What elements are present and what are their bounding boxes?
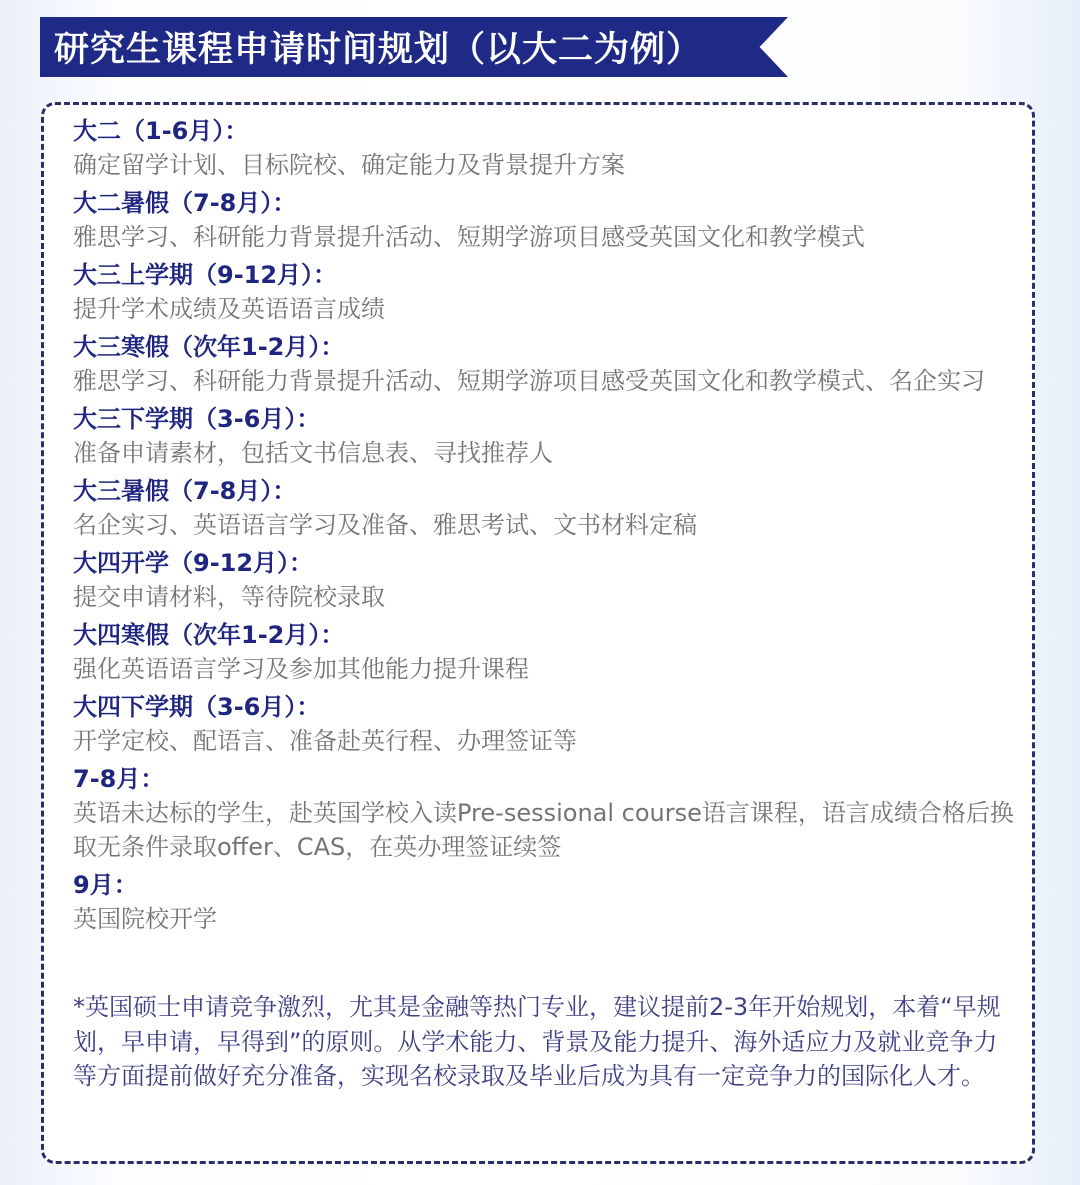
timeline-description: 提交申请材料，等待院校录取 — [73, 580, 1018, 614]
timeline-item: 大三寒假（次年1-2月）： 雅思学习、科研能力背景提升活动、短期学游项目感受英国… — [73, 330, 1018, 398]
timeline-item: 9月： 英国院校开学 — [73, 868, 1018, 936]
timeline-heading: 大四开学（9-12月）： — [73, 546, 1018, 580]
timeline-item: 大二暑假（7-8月）： 雅思学习、科研能力背景提升活动、短期学游项目感受英国文化… — [73, 186, 1018, 254]
timeline-description: 雅思学习、科研能力背景提升活动、短期学游项目感受英国文化和教学模式、名企实习 — [73, 364, 1018, 398]
timeline-heading: 9月： — [73, 868, 1018, 902]
timeline-item: 大四寒假（次年1-2月）： 强化英语语言学习及参加其他能力提升课程 — [73, 618, 1018, 686]
timeline-item: 大三上学期（9-12月）： 提升学术成绩及英语语言成绩 — [73, 258, 1018, 326]
timeline-heading: 大二（1-6月）： — [73, 114, 1018, 148]
timeline-description: 准备申请素材，包括文书信息表、寻找推荐人 — [73, 436, 1018, 470]
timeline-heading: 大三暑假（7-8月）： — [73, 474, 1018, 508]
timeline-item: 大二（1-6月）： 确定留学计划、目标院校、确定能力及背景提升方案 — [73, 114, 1018, 182]
timeline-item: 7-8月： 英语未达标的学生，赴英国学校入读Pre-sessional cour… — [73, 762, 1018, 864]
timeline-description: 开学定校、配语言、准备赴英行程、办理签证等 — [73, 724, 1018, 758]
timeline-description: 提升学术成绩及英语语言成绩 — [73, 292, 1018, 326]
title-banner: 研究生课程申请时间规划（以大二为例） — [40, 17, 788, 77]
timeline-heading: 大二暑假（7-8月）： — [73, 186, 1018, 220]
timeline-heading: 7-8月： — [73, 762, 1018, 796]
timeline-heading: 大三下学期（3-6月）： — [73, 402, 1018, 436]
timeline-item: 大三下学期（3-6月）： 准备申请素材，包括文书信息表、寻找推荐人 — [73, 402, 1018, 470]
timeline-item: 大三暑假（7-8月）： 名企实习、英语语言学习及准备、雅思考试、文书材料定稿 — [73, 474, 1018, 542]
timeline-heading: 大三寒假（次年1-2月）： — [73, 330, 1018, 364]
timeline-item: 大四下学期（3-6月）： 开学定校、配语言、准备赴英行程、办理签证等 — [73, 690, 1018, 758]
timeline-item: 大四开学（9-12月）： 提交申请材料，等待院校录取 — [73, 546, 1018, 614]
timeline-description: 名企实习、英语语言学习及准备、雅思考试、文书材料定稿 — [73, 508, 1018, 542]
timeline-list: 大二（1-6月）： 确定留学计划、目标院校、确定能力及背景提升方案 大二暑假（7… — [73, 114, 1018, 940]
timeline-description: 英国院校开学 — [73, 902, 1018, 936]
timeline-description: 强化英语语言学习及参加其他能力提升课程 — [73, 652, 1018, 686]
timeline-heading: 大三上学期（9-12月）： — [73, 258, 1018, 292]
timeline-description: 英语未达标的学生，赴英国学校入读Pre-sessional course语言课程… — [73, 796, 1018, 864]
footnote: *英国硕士申请竞争激烈，尤其是金融等热门专业，建议提前2-3年开始规划，本着“早… — [73, 990, 1018, 1094]
timeline-heading: 大四下学期（3-6月）： — [73, 690, 1018, 724]
page-title: 研究生课程申请时间规划（以大二为例） — [40, 22, 702, 72]
timeline-heading: 大四寒假（次年1-2月）： — [73, 618, 1018, 652]
timeline-description: 雅思学习、科研能力背景提升活动、短期学游项目感受英国文化和教学模式 — [73, 220, 1018, 254]
timeline-description: 确定留学计划、目标院校、确定能力及背景提升方案 — [73, 148, 1018, 182]
